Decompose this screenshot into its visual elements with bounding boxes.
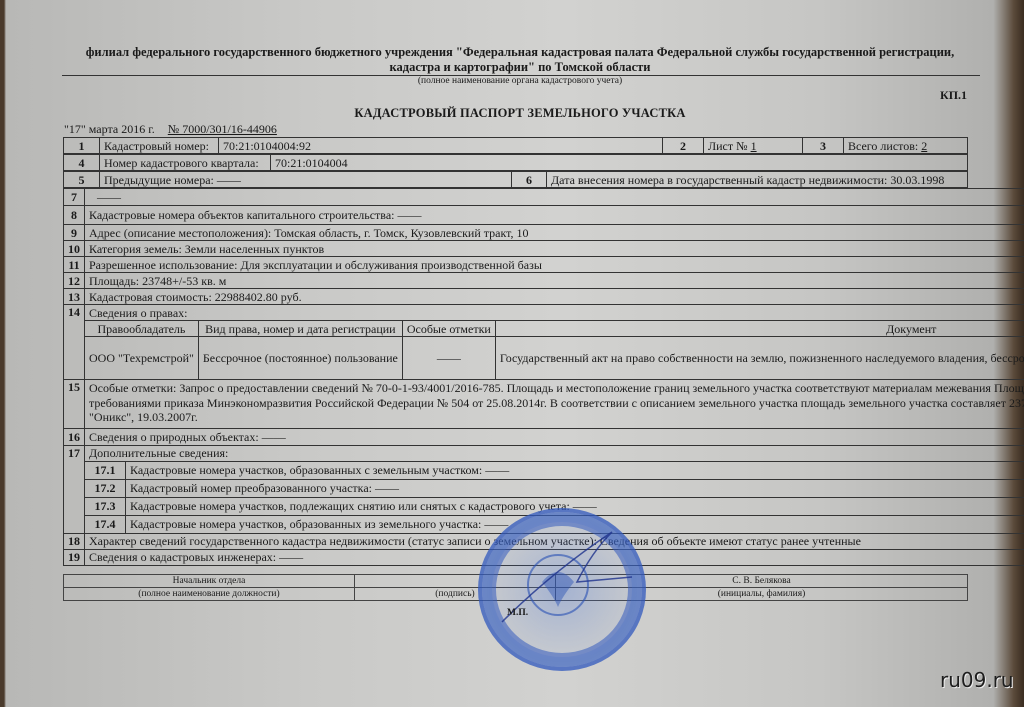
row-number: 5 bbox=[64, 172, 100, 188]
document-title: КАДАСТРОВЫЙ ПАСПОРТ ЗЕМЕЛЬНОГО УЧАСТКА bbox=[60, 106, 980, 121]
row-5: 5 Предыдущие номера: —— 6 Дата внесения … bbox=[63, 171, 968, 188]
quarter-value: 70:21:0104004 bbox=[271, 155, 968, 171]
row-number: 18 bbox=[64, 533, 85, 549]
cadastral-value-label: Кадастровая стоимость: bbox=[89, 290, 212, 304]
quarter-label: Номер кадастрового квартала: bbox=[100, 155, 271, 171]
total-sheets-value: 2 bbox=[921, 139, 927, 153]
natural-objects-value: —— bbox=[262, 430, 286, 444]
rights-header: Правообладатель Вид права, номер и дата … bbox=[85, 321, 1024, 337]
area: Площадь: 23748+/-53 кв. м bbox=[85, 273, 1024, 289]
subrow-number: 17.1 bbox=[85, 462, 126, 480]
natural-objects: Сведения о природных объектах: —— bbox=[85, 428, 1024, 445]
row-number: 3 bbox=[803, 138, 844, 154]
row-number: 7 bbox=[64, 189, 85, 206]
previous-numbers: Предыдущие номера: —— bbox=[100, 172, 512, 188]
issue-date: "17" марта 2016 г. bbox=[64, 122, 155, 136]
row-14: 14 Сведения о правах: bbox=[64, 305, 1024, 321]
row-10: 10 Категория земель: Земли населенных пу… bbox=[64, 241, 1024, 257]
position-caption: (полное наименование должности) bbox=[64, 588, 355, 601]
record-status-value: Сведения об объекте имеют статус ранее у… bbox=[600, 534, 861, 548]
right-type: Бессрочное (постоянное) пользование bbox=[198, 337, 402, 380]
row-number: 4 bbox=[64, 155, 100, 171]
sheet-value: 1 bbox=[751, 139, 757, 153]
form-code: КП.1 bbox=[940, 88, 967, 103]
permitted-use-value: Для эксплуатации и обслуживания производ… bbox=[240, 258, 541, 272]
row-number: 12 bbox=[64, 273, 85, 289]
issue-info: "17" марта 2016 г. № 7000/301/16-44906 bbox=[64, 122, 277, 137]
cadastral-number-value: 70:21:0104004:92 bbox=[219, 138, 663, 154]
row-number: 13 bbox=[64, 289, 85, 305]
rights-row: ООО "Техремстрой" Бессрочное (постоянное… bbox=[85, 337, 1024, 380]
organization-name: филиал федерального государственного бюд… bbox=[60, 45, 980, 75]
row-16: 16 Сведения о природных объектах: —— bbox=[64, 428, 1024, 445]
permitted-use-label: Разрешенное использование: bbox=[89, 258, 237, 272]
row-7-value: —— bbox=[85, 189, 1024, 206]
rights-table: Правообладатель Вид права, номер и дата … bbox=[85, 321, 1024, 379]
row-13: 13 Кадастровая стоимость: 22988402.80 ру… bbox=[64, 289, 1024, 305]
sheet-number: Лист № 1 bbox=[704, 138, 803, 154]
total-sheets: Всего листов: 2 bbox=[844, 138, 968, 154]
row-number: 19 bbox=[64, 549, 85, 565]
row-number: 1 bbox=[64, 138, 100, 154]
subrow-value: —— bbox=[375, 481, 399, 495]
engineers-label: Сведения о кадастровых инженерах: bbox=[89, 550, 276, 564]
capital-objects-label: Кадастровые номера объектов капитального… bbox=[89, 208, 394, 222]
capital-objects: Кадастровые номера объектов капитального… bbox=[85, 206, 1024, 225]
address-value: Томская область, г. Томск, Кузовлевский … bbox=[274, 226, 528, 240]
registration-date-value: 30.03.1998 bbox=[890, 173, 944, 187]
official-seal-icon bbox=[478, 508, 646, 671]
subrow-label: Кадастровые номера участков, подлежащих … bbox=[130, 499, 570, 513]
row-number: 2 bbox=[663, 138, 704, 154]
column-header: Правообладатель bbox=[85, 321, 198, 337]
land-category: Категория земель: Земли населенных пункт… bbox=[85, 241, 1024, 257]
additional-info-label: Дополнительные сведения: bbox=[85, 445, 1024, 461]
previous-numbers-value: —— bbox=[217, 173, 241, 187]
natural-objects-label: Сведения о природных объектах: bbox=[89, 430, 259, 444]
row-9: 9 Адрес (описание местоположения): Томск… bbox=[64, 225, 1024, 241]
subrow-label: Кадастровый номер преобразованного участ… bbox=[130, 481, 372, 495]
rights-document: Государственный акт на право собственнос… bbox=[495, 337, 1024, 380]
row-11: 11 Разрешенное использование: Для эксплу… bbox=[64, 257, 1024, 273]
row-8: 8 Кадастровые номера объектов капитально… bbox=[64, 206, 1024, 225]
row-number: 8 bbox=[64, 206, 85, 225]
subrow-17-2: 17.2 Кадастровый номер преобразованного … bbox=[85, 479, 1024, 497]
subrow-number: 17.3 bbox=[85, 497, 126, 515]
organization-caption: (полное наименование органа кадастрового… bbox=[60, 76, 980, 86]
engineers-value: —— bbox=[279, 550, 303, 564]
row-15: 15 Особые отметки: Запрос о предоставлен… bbox=[64, 380, 1024, 429]
row-number: 17 bbox=[64, 445, 85, 533]
subrow-label: Кадастровые номера участков, образованны… bbox=[130, 517, 481, 531]
row-number: 9 bbox=[64, 225, 85, 241]
row-number: 10 bbox=[64, 241, 85, 257]
signer-position: Начальник отдела bbox=[64, 575, 355, 588]
address: Адрес (описание местоположения): Томская… bbox=[85, 225, 1024, 241]
subrow-17-1: 17.1 Кадастровые номера участков, образо… bbox=[85, 462, 1024, 480]
subrow-label: Кадастровые номера участков, образованны… bbox=[130, 463, 482, 477]
registration-date: Дата внесения номера в государственный к… bbox=[547, 172, 968, 188]
sheet-label: Лист № bbox=[708, 139, 748, 153]
subrow-content: Кадастровые номера участков, образованны… bbox=[126, 462, 1024, 480]
subrow-number: 17.4 bbox=[85, 515, 126, 533]
subrow-content: Кадастровый номер преобразованного участ… bbox=[126, 479, 1024, 497]
capital-objects-value: —— bbox=[397, 208, 421, 222]
row-17: 17 Дополнительные сведения: bbox=[64, 445, 1024, 461]
row-number: 11 bbox=[64, 257, 85, 273]
subrow-number: 17.2 bbox=[85, 479, 126, 497]
rights-notes: —— bbox=[402, 337, 495, 380]
total-sheets-label: Всего листов: bbox=[848, 139, 918, 153]
row-1: 1 Кадастровый номер: 70:21:0104004:92 2 … bbox=[63, 137, 968, 154]
column-header: Документ bbox=[495, 321, 1024, 337]
seal-mark: М.П. bbox=[507, 608, 528, 618]
registration-date-label: Дата внесения номера в государственный к… bbox=[551, 173, 887, 187]
watermark: ru09.ru bbox=[940, 668, 1014, 692]
cadastral-value-amount: 22988402.80 руб. bbox=[215, 290, 302, 304]
rights-table-cell: Правообладатель Вид права, номер и дата … bbox=[85, 321, 1024, 380]
cadastral-number-label: Кадастровый номер: bbox=[100, 138, 219, 154]
column-header: Особые отметки bbox=[402, 321, 495, 337]
column-header: Вид права, номер и дата регистрации bbox=[198, 321, 402, 337]
row-12: 12 Площадь: 23748+/-53 кв. м bbox=[64, 273, 1024, 289]
row-number: 16 bbox=[64, 428, 85, 445]
row-7: 7 —— bbox=[64, 189, 1024, 206]
land-category-value: Земли населенных пунктов bbox=[185, 242, 324, 256]
permitted-use: Разрешенное использование: Для эксплуата… bbox=[85, 257, 1024, 273]
row-4: 4 Номер кадастрового квартала: 70:21:010… bbox=[63, 154, 968, 171]
rights-label: Сведения о правах: bbox=[85, 305, 1024, 321]
area-value: 23748+/-53 кв. м bbox=[142, 274, 226, 288]
special-notes: Особые отметки: Запрос о предоставлении … bbox=[85, 380, 1024, 429]
row-number: 14 bbox=[64, 305, 85, 380]
row-number: 15 bbox=[64, 380, 85, 429]
subrow-value: —— bbox=[485, 463, 509, 477]
address-label: Адрес (описание местоположения): bbox=[89, 226, 271, 240]
row-number: 6 bbox=[512, 172, 547, 188]
rights-holder: ООО "Техремстрой" bbox=[85, 337, 198, 380]
issue-number: № 7000/301/16-44906 bbox=[168, 122, 277, 136]
previous-numbers-label: Предыдущие номера: bbox=[104, 173, 214, 187]
cadastral-value: Кадастровая стоимость: 22988402.80 руб. bbox=[85, 289, 1024, 305]
land-category-label: Категория земель: bbox=[89, 242, 182, 256]
area-label: Площадь: bbox=[89, 274, 139, 288]
